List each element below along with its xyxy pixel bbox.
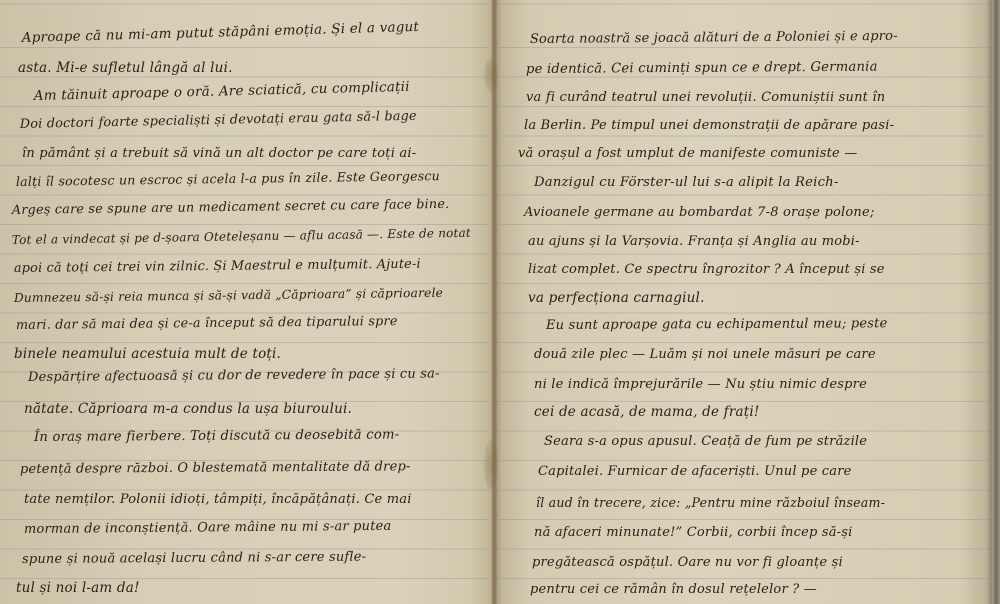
text-line: vă orașul a fost umplut de manifeste com… [518,146,857,162]
text-line: Soarta noastră se joacă alături de a Pol… [530,29,898,48]
text-line: au ajuns și la Varșovia. Franța și Angli… [528,234,860,250]
text-line: tul și noi l-am da! [16,580,140,596]
text-line: lizat complet. Ce spectru îngrozitor ? A… [528,262,885,278]
text-line: În oraș mare fierbere. Toți discută cu d… [34,427,399,446]
text-line: pe identică. Cei cuminți spun ce e drept… [526,60,878,78]
text-line: Seara s-a opus apusul. Ceață de fum pe s… [544,434,867,450]
binding-stain [484,58,498,92]
text-line: tate nemților. Polonii idioți, tâmpiți, … [24,492,412,508]
text-line: cei de acasă, de mama, de frați! [534,404,760,420]
text-line: Eu sunt aproape gata cu echipamentul meu… [546,316,888,334]
text-line: Danzigul cu Förster-ul lui s-a alipit la… [534,175,839,191]
text-line: Capitalei. Furnicar de afaceriști. Unul … [538,464,852,480]
text-line: petență despre război. O blestemată ment… [20,459,411,478]
text-line: nătate. Căprioara m-a condus la ușa biur… [24,401,352,417]
text-line: ni le indică împrejurările — Nu știu nim… [534,377,867,393]
text-line: va fi curând teatrul unei revoluții. Com… [526,90,885,106]
text-line: în pământ și a trebuit să vină un alt do… [22,146,416,162]
text-line: morman de inconștiență. Oare mâine nu mi… [24,519,392,538]
text-line: pentru cei ce rămân în dosul rețelelor ?… [530,582,817,598]
text-line: la Berlin. Pe timpul unei demonstrații d… [524,118,894,134]
text-line: două zile plec — Luăm și noi unele măsur… [534,347,876,363]
binding-stain [484,440,498,490]
text-line: îl aud în trecere, zice: „Pentru mine ră… [536,495,885,511]
text-line: pregătească ospățul. Oare nu vor fi gloa… [532,555,843,571]
text-line: spune și nouă același lucru când ni s-ar… [22,550,366,568]
text-line: asta. Mi-e sufletul lângă al lui. [18,60,233,76]
text-line: va perfecționa carnagiul. [528,290,705,306]
text-line: nă afaceri minunate!” Corbii, corbii înc… [534,525,853,541]
text-line: Avioanele germane au bombardat 7-8 orașe… [524,205,874,221]
page-edges [992,0,1000,604]
text-line: binele neamului acestuia mult de toți. [14,346,281,362]
